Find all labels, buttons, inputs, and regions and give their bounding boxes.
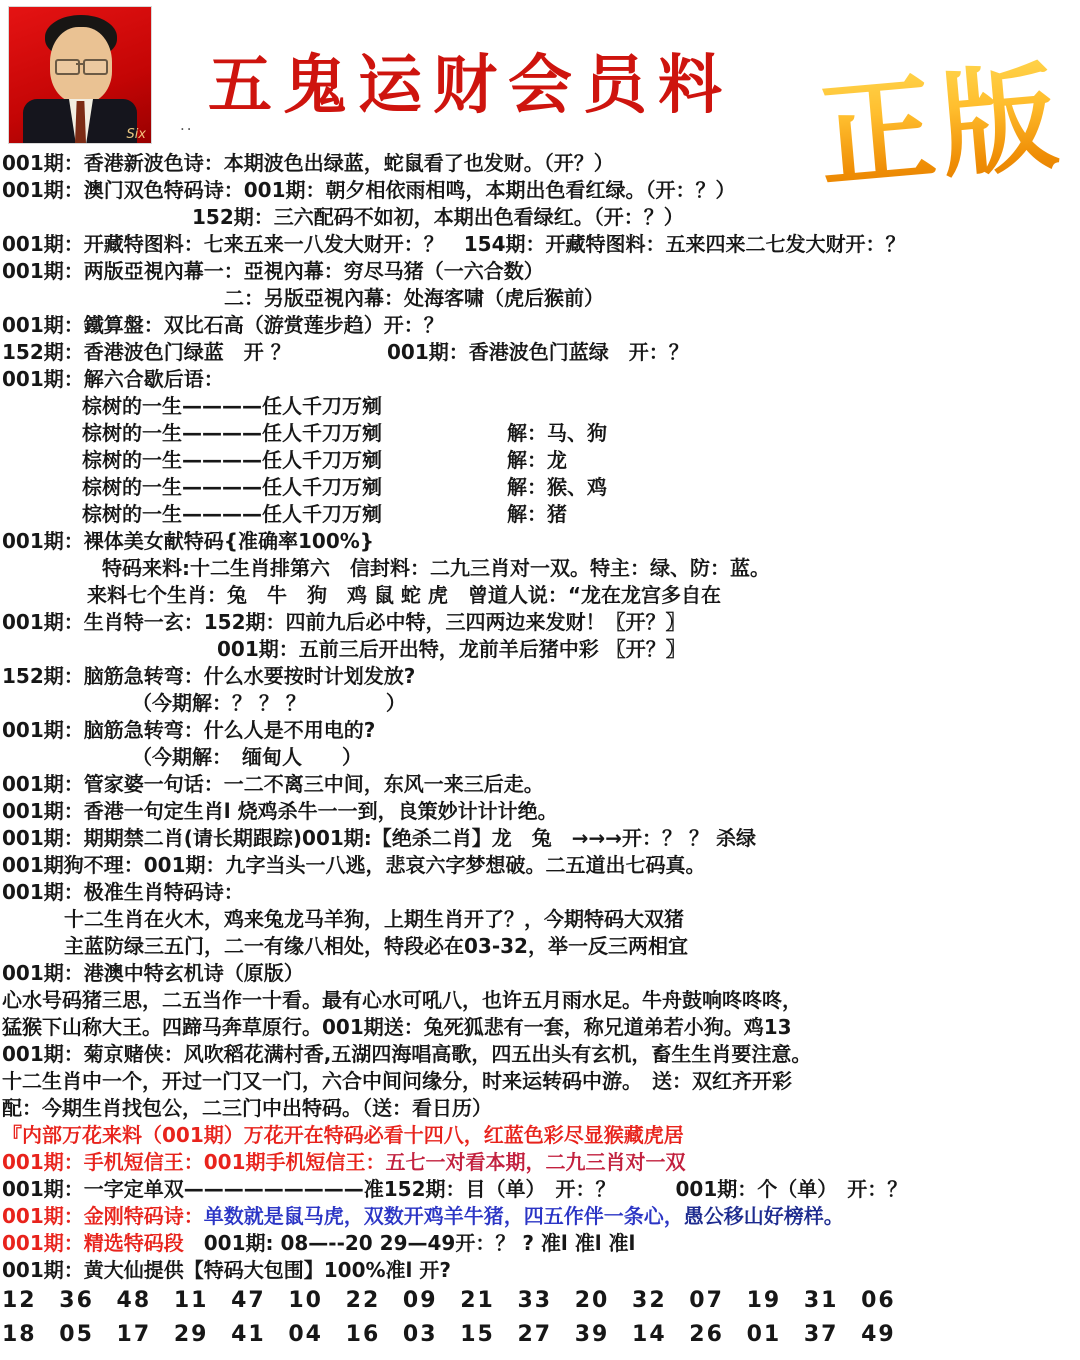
text-segment: 心水号码猪三思，二五当作一十看。最有心水可吼八，也许五月雨水足。牛舟鼓响咚咚咚， [2, 988, 802, 1012]
text-line: 18 05 17 29 41 04 16 03 15 27 39 14 26 0… [2, 1318, 1078, 1352]
text-line: 001期：极准生肖特码诗： [2, 879, 1078, 906]
text-line: 001期：香港一句定生肖l 烧鸡杀牛一一到，良策妙计计计绝。 [2, 798, 1078, 825]
text-line: 001期：金刚特码诗：单数就是鼠马虎，双数开鸡羊牛猪，四五作伴一条心，愚公移山好… [2, 1203, 1078, 1230]
text-line: 001期：港澳中特玄机诗（原版） [2, 960, 1078, 987]
text-segment: 配：今期生肖找包公，二三门中出特码。（送：看日历） [2, 1096, 492, 1120]
text-segment: （今期解：？ ？ ？ ） [132, 691, 406, 715]
text-segment: 001期：手机短信王：001期手机短信王： [2, 1150, 386, 1174]
text-line: 001期：脑筋急转弯：什么人是不用电的? [2, 717, 1078, 744]
text-segment: 001期：香港一句定生肖l 烧鸡杀牛一一到，良策妙计计计绝。 [2, 799, 558, 823]
portrait-glasses-bridge [76, 63, 84, 65]
photo-watermark: Six [126, 127, 146, 142]
text-line: 001期：香港新波色诗：本期波色出绿蓝，蛇鼠看了也发财。（开？） [2, 150, 1078, 177]
text-segment: 来料七个生肖：兔 牛 狗 鸡 鼠 蛇 虎 曾道人说：“龙在龙宫多自在 [87, 583, 721, 607]
text-segment: 001期：管家婆一句话：一二不离三中间，东风一来三后走。 [2, 772, 544, 796]
text-line: 001期：手机短信王：001期手机短信王：五七一对看本期，二九三肖对一双 [2, 1149, 1078, 1176]
page-header: Six 五鬼运财会员料 正版 .. [0, 0, 1080, 150]
text-segment: 001期：黄大仙提供【特码大包围】100%准l 开? [2, 1258, 451, 1282]
text-segment: 152期：脑筋急转弯：什么水要按时计划发放? [2, 664, 415, 688]
text-line: 心水号码猪三思，二五当作一十看。最有心水可吼八，也许五月雨水足。牛舟鼓响咚咚咚， [2, 987, 1078, 1014]
text-segment: 001期：港澳中特玄机诗（原版） [2, 961, 304, 985]
text-segment: 152期：香港波色门绿蓝 开 ？ [2, 340, 291, 364]
text-segment: 001期：鐵算盤：双比石高（游赏莲步趋）开：？ [2, 313, 444, 337]
text-segment: 001期：极准生肖特码诗： [2, 880, 244, 904]
text-line: 『内部万花来料（001期）万花开在特码必看十四八，红蓝色彩尽显猴藏虎居 [2, 1122, 1078, 1149]
text-line: 棕树的一生————任人千刀万剜解：马、狗 [2, 420, 1078, 447]
text-line: 001期：精选特码段 001期: 08—--20 29—49开：？ ? 准l 准… [2, 1230, 1078, 1257]
text-segment: 主蓝防绿三五门，二一有缘八相处，特段必在03-32，举一反三两相宜 [64, 934, 688, 958]
text-segment: 解：龙 [507, 447, 567, 474]
text-segment: 001期：期期禁二肖(请长期跟踪)001期:【绝杀二肖】龙 兔 →→→开：？ ？… [2, 826, 756, 850]
text-line: 001期：期期禁二肖(请长期跟踪)001期:【绝杀二肖】龙 兔 →→→开：？ ？… [2, 825, 1078, 852]
text-line: 152期：三六配码不如初，本期出色看绿红。（开：？） [2, 204, 1078, 231]
text-segment: 棕树的一生————任人千刀万剜 [82, 448, 382, 472]
text-line: 001期：五前三后开出特，龙前羊后猪中彩 〖开？〗 [2, 636, 1078, 663]
text-line: 棕树的一生————任人千刀万剜解：龙 [2, 447, 1078, 474]
text-line: （今期解：？ ？ ？ ） [2, 690, 1078, 717]
text-segment: 单数就是鼠马虎，双数开鸡羊牛猪，四五作伴一条心， [204, 1204, 684, 1228]
text-line: 001期：管家婆一句话：一二不离三中间，东风一来三后走。 [2, 771, 1078, 798]
text-line: 棕树的一生————任人千刀万剜解：猪 [2, 501, 1078, 528]
text-segment: 001期：脑筋急转弯：什么人是不用电的? [2, 718, 375, 742]
text-segment: 棕树的一生————任人千刀万剜 [82, 421, 382, 445]
text-segment: 愚公移山好榜样。 [684, 1204, 844, 1228]
text-segment: 001期：香港新波色诗：本期波色出绿蓝，蛇鼠看了也发财。（开？） [2, 151, 614, 175]
scan-noise-dots: .. [180, 116, 194, 134]
text-segment: 001期狗不理：001期：九字当头一八逃，悲哀六字梦想破。二五道出七码真。 [2, 853, 706, 877]
text-line: （今期解： 缅甸人 ） [2, 744, 1078, 771]
text-line: 十二生肖中一个，开过一门又一门，六合中间问缘分，时来运转码中游。 送：双红齐开彩 [2, 1068, 1078, 1095]
text-line: 001期：菊京赌侠：风吹稻花满村香,五湖四海唱高歌，四五出头有玄机，畜生生肖要注… [2, 1041, 1078, 1068]
text-segment: 001期：两版亞視內幕一：亞視內幕：穷尽马猪（一六合数） [2, 259, 544, 283]
tip-sheet-content: 001期：香港新波色诗：本期波色出绿蓝，蛇鼠看了也发财。（开？）001期：澳门双… [0, 150, 1080, 1352]
text-line: 二：另版亞視內幕：处海客啸（虎后猴前） [2, 285, 1078, 312]
text-segment: 十二生肖中一个，开过一门又一门，六合中间问缘分，时来运转码中游。 送：双红齐开彩 [2, 1069, 792, 1093]
text-segment: 001期：澳门双色特码诗：001期：朝夕相依雨相鸣，本期出色看红绿。（开：？） [2, 178, 736, 202]
text-line: 001期：两版亞視內幕一：亞視內幕：穷尽马猪（一六合数） [2, 258, 1078, 285]
text-line: 001期：开藏特图料：七来五来一八发大财开：？ 154期：开藏特图料：五来四来二… [2, 231, 1078, 258]
text-segment: 解：猪 [507, 501, 567, 528]
text-segment: 棕树的一生————任人千刀万剜 [82, 502, 382, 526]
text-line: 001期狗不理：001期：九字当头一八逃，悲哀六字梦想破。二五道出七码真。 [2, 852, 1078, 879]
text-segment: 001期：解六合歇后语： [2, 367, 224, 391]
text-segment: 001期: 08—--20 29—49开：？ ? 准l 准l 准l [184, 1231, 636, 1255]
text-line: 猛猴下山称大王。四蹄马奔草原行。001期送：兔死狐悲有一套，称兄道弟若小狗。鸡1… [2, 1014, 1078, 1041]
text-line: 来料七个生肖：兔 牛 狗 鸡 鼠 蛇 虎 曾道人说：“龙在龙宫多自在 [2, 582, 1078, 609]
text-line: 001期：黄大仙提供【特码大包围】100%准l 开? [2, 1257, 1078, 1284]
text-segment: 棕树的一生————任人千刀万剜 [82, 475, 382, 499]
text-segment: 001期：精选特码段 [2, 1231, 184, 1255]
text-segment: 二：另版亞視內幕：处海客啸（虎后猴前） [224, 286, 604, 310]
text-line: 棕树的一生————任人千刀万剜解：猴、鸡 [2, 474, 1078, 501]
text-segment: 『内部万花来料（001期）万花开在特码必看十四八，红蓝色彩尽显猴藏虎居 [2, 1123, 684, 1147]
text-segment: 001期：生肖特一玄：152期：四前九后必中特，三四两边来发财！〖开？〗 [2, 610, 686, 634]
text-segment: 001期：开藏特图料：七来五来一八发大财开：？ 154期：开藏特图料：五来四来二… [2, 232, 906, 256]
text-segment: 001期：裸体美女献特码{准确率100%} [2, 529, 374, 553]
text-segment: 棕树的一生————任人千刀万剜 [82, 394, 382, 418]
text-line: 十二生肖在火木，鸡来兔龙马羊狗，上期生肖开了？，今期特码大双猪 [2, 906, 1078, 933]
text-line: 特码来料:十二生肖排第六 信封料：二九三肖对一双。特主：绿、防：蓝。 [2, 555, 1078, 582]
text-segment: 解：马、狗 [507, 420, 607, 447]
text-segment: 特码来料:十二生肖排第六 信封料：二九三肖对一双。特主：绿、防：蓝。 [102, 556, 770, 580]
portrait-tie [75, 101, 86, 143]
text-line: 12 36 48 11 47 10 22 09 21 33 20 32 07 1… [2, 1284, 1078, 1318]
text-line: 棕树的一生————任人千刀万剜 [2, 393, 1078, 420]
text-segment: 001期：菊京赌侠：风吹稻花满村香,五湖四海唱高歌，四五出头有玄机，畜生生肖要注… [2, 1042, 811, 1066]
tipster-portrait-photo: Six [8, 6, 152, 144]
text-segment: （今期解： 缅甸人 ） [132, 745, 362, 769]
text-segment: 解：猴、鸡 [507, 474, 607, 501]
text-segment: 十二生肖在火木，鸡来兔龙马羊狗，上期生肖开了？，今期特码大双猪 [64, 907, 684, 931]
text-line: 001期：鐵算盤：双比石高（游赏莲步趋）开：？ [2, 312, 1078, 339]
portrait-glasses-left [55, 59, 80, 75]
text-line: 001期：一字定单双—————————准152期：目（单） 开：？ 001期：个… [2, 1176, 1078, 1203]
page-title: 五鬼运财会员料 [208, 34, 733, 126]
text-segment: 152期：三六配码不如初，本期出色看绿红。（开：？） [192, 205, 684, 229]
text-line: 001期：裸体美女献特码{准确率100%} [2, 528, 1078, 555]
text-segment: 001期：五前三后开出特，龙前羊后猪中彩 〖开？〗 [217, 637, 686, 661]
text-line: 配：今期生肖找包公，二三门中出特码。（送：看日历） [2, 1095, 1078, 1122]
text-segment: 001期：一字定单双—————————准152期：目（单） 开：？ 001期：个… [2, 1177, 907, 1201]
text-segment: 001期：香港波色门蓝绿 开：？ [387, 339, 689, 366]
text-segment: 猛猴下山称大王。四蹄马奔草原行。001期送：兔死狐悲有一套，称兄道弟若小狗。鸡1… [2, 1015, 792, 1039]
text-segment: 18 05 17 29 41 04 16 03 15 27 39 14 26 0… [2, 1322, 896, 1347]
text-line: 001期：生肖特一玄：152期：四前九后必中特，三四两边来发财！〖开？〗 [2, 609, 1078, 636]
text-line: 152期：香港波色门绿蓝 开 ？001期：香港波色门蓝绿 开：？ [2, 339, 1078, 366]
text-line: 主蓝防绿三五门，二一有缘八相处，特段必在03-32，举一反三两相宜 [2, 933, 1078, 960]
text-line: 152期：脑筋急转弯：什么水要按时计划发放? [2, 663, 1078, 690]
text-segment: 12 36 48 11 47 10 22 09 21 33 20 32 07 1… [2, 1288, 896, 1313]
text-segment: 001期：金刚特码诗： [2, 1204, 204, 1228]
portrait-glasses-right [83, 59, 108, 75]
text-line: 001期：解六合歇后语： [2, 366, 1078, 393]
text-segment: 五七一对看本期，二九三肖对一双 [386, 1150, 686, 1174]
text-line: 001期：澳门双色特码诗：001期：朝夕相依雨相鸣，本期出色看红绿。（开：？） [2, 177, 1078, 204]
